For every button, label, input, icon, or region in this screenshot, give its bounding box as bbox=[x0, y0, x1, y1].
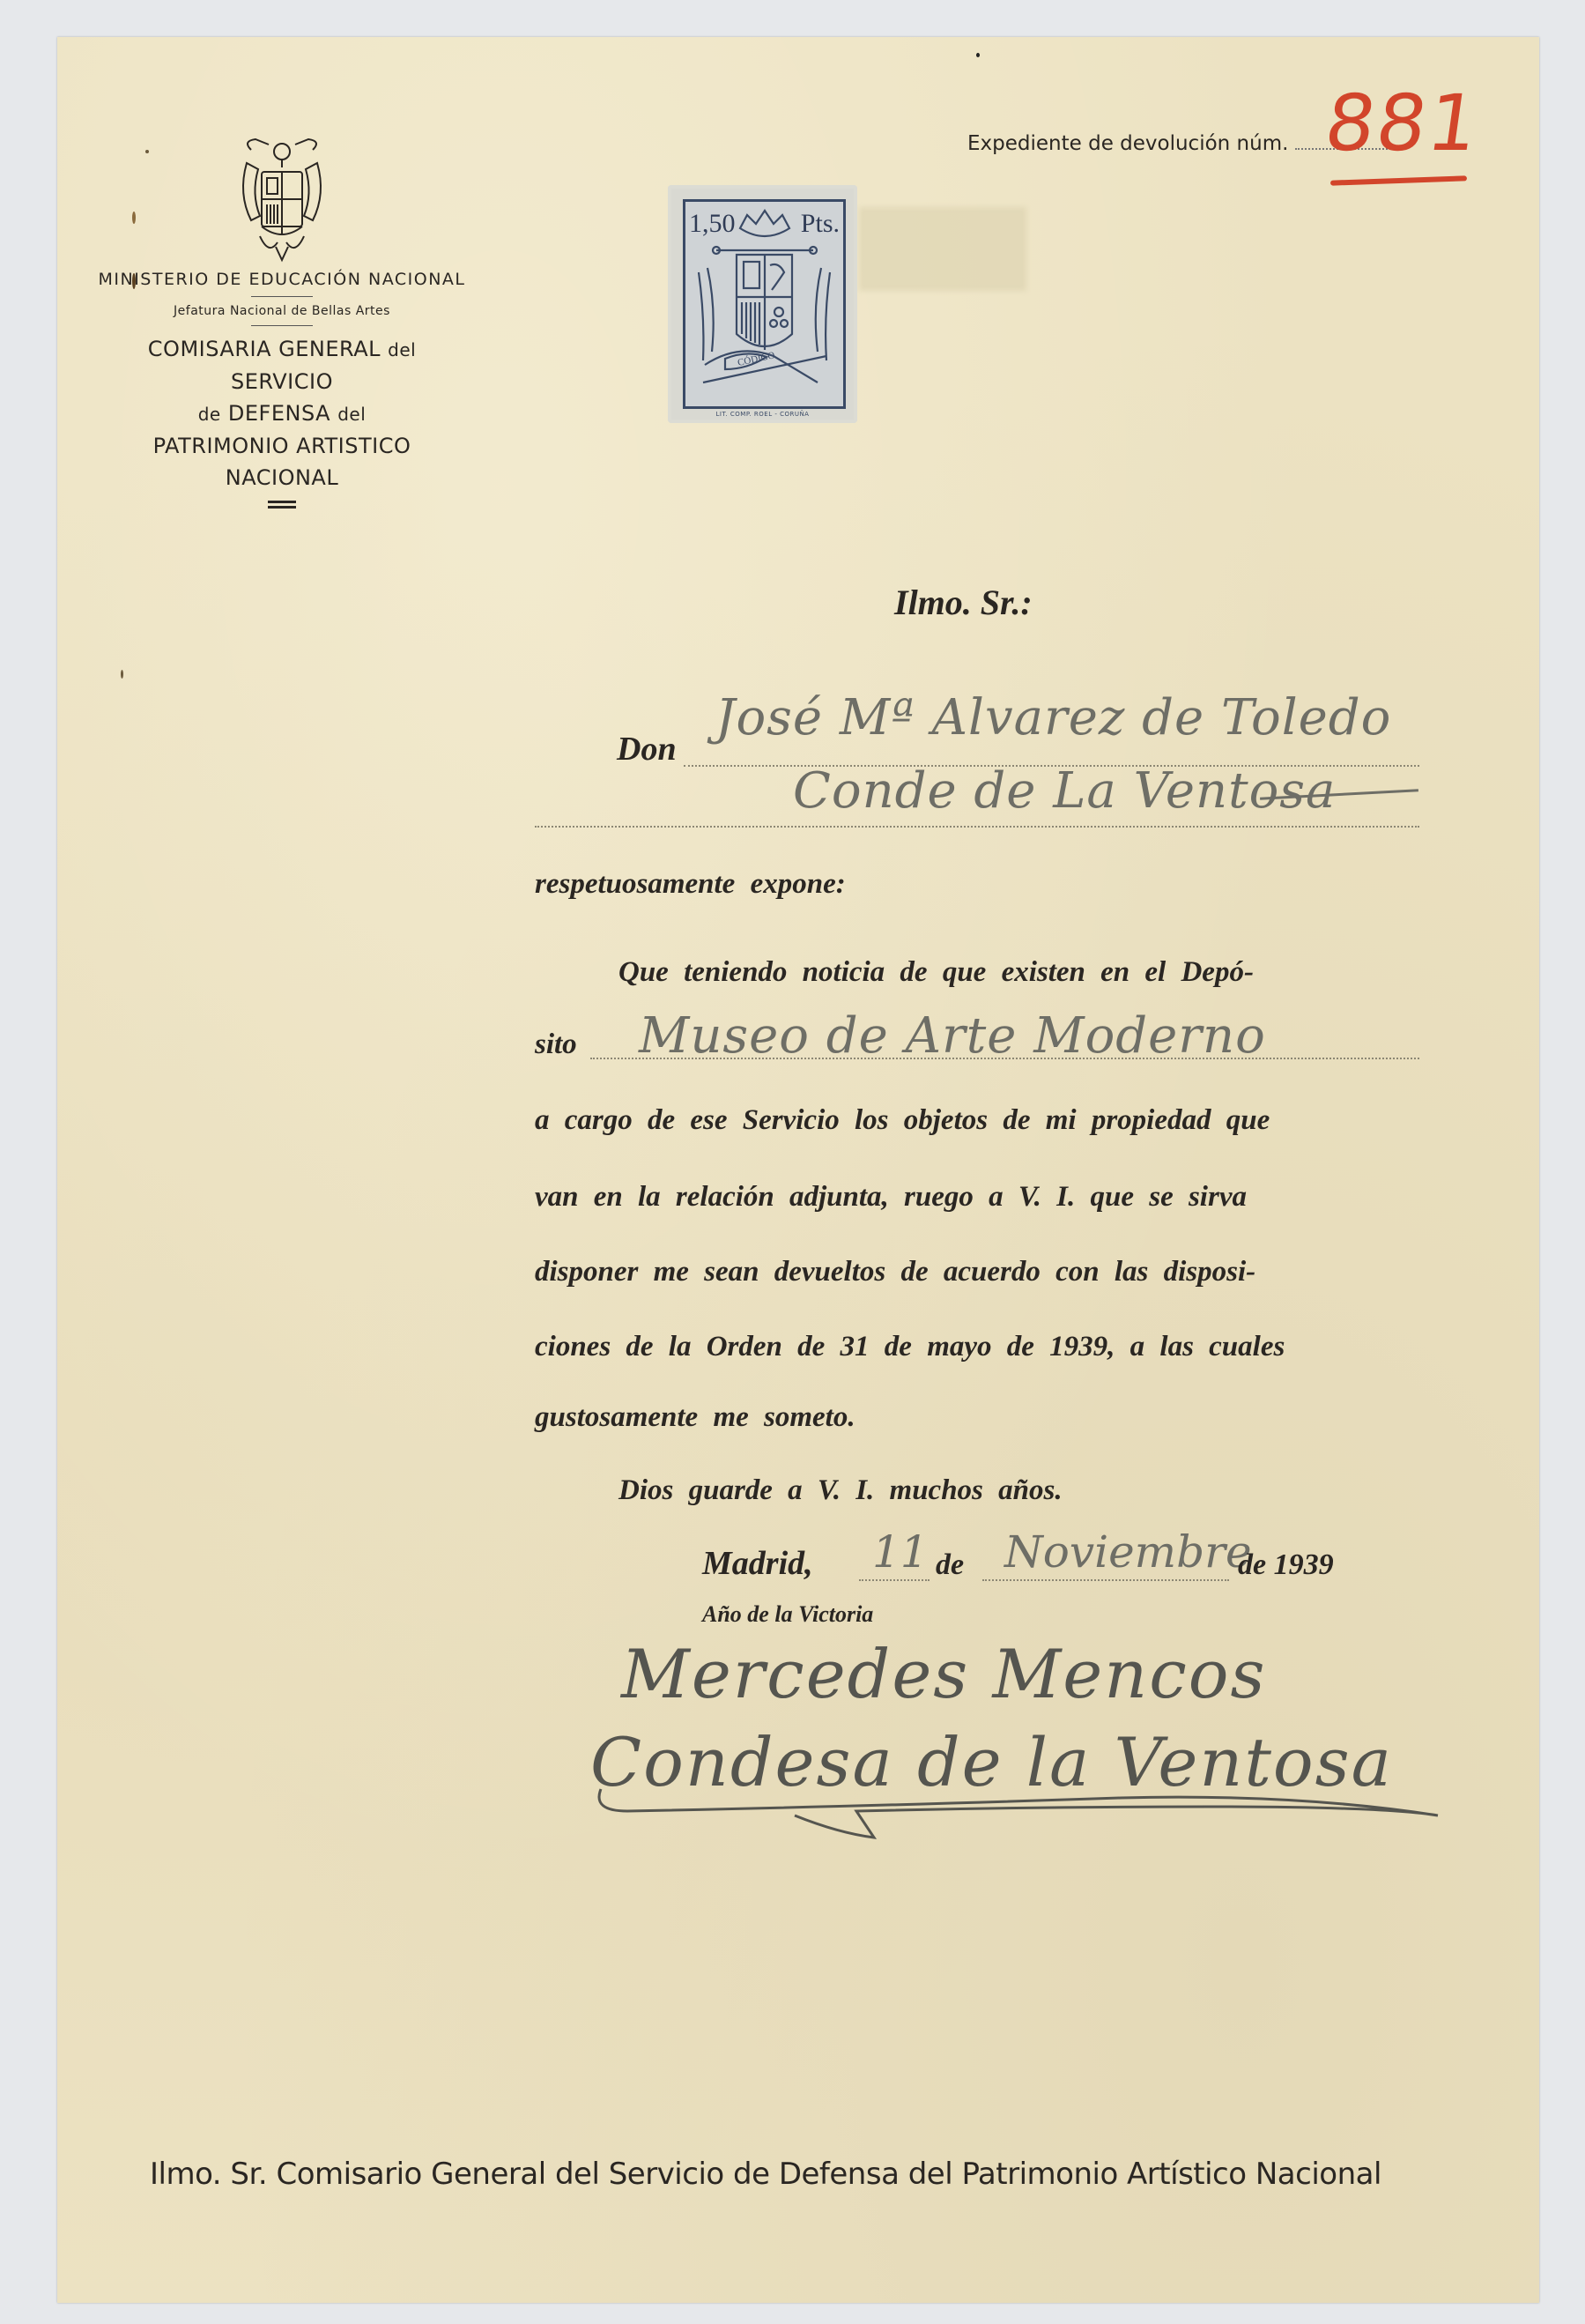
stamp-printer: LIT. COMP. ROEL - CORUÑA bbox=[668, 411, 857, 418]
closing-formula: Dios guarde a V. I. muchos años. bbox=[618, 1474, 1063, 1507]
sito-label: sito bbox=[535, 1028, 577, 1061]
svg-text:CÓDIGO: CÓDIGO bbox=[737, 350, 775, 368]
comisaria-line2-b: DEFENSA bbox=[228, 401, 330, 426]
foxing-mark bbox=[976, 53, 980, 57]
paragraph-line-5: ciones de la Orden de 31 de mayo de 1939… bbox=[535, 1331, 1285, 1363]
date-city: Madrid, bbox=[702, 1544, 813, 1583]
comisaria-line2-a: de bbox=[198, 404, 221, 425]
jefatura-name: Jefatura Nacional de Bellas Artes bbox=[97, 304, 467, 318]
paragraph-line-2: a cargo de ese Servicio los objetos de m… bbox=[535, 1104, 1270, 1137]
divider bbox=[251, 325, 313, 326]
paragraph-line-6: gustosamente me someto. bbox=[535, 1401, 855, 1434]
coat-of-arms-icon bbox=[233, 132, 330, 264]
comisaria-line2-c: del bbox=[337, 404, 366, 425]
handwritten-day: 11 bbox=[872, 1526, 929, 1578]
comisaria-line1-b: del bbox=[388, 339, 416, 360]
don-label: Don bbox=[617, 730, 677, 768]
expediente-number: 881 bbox=[1320, 78, 1485, 168]
month-field-line bbox=[982, 1579, 1229, 1581]
year-motto: Año de la Victoria bbox=[702, 1601, 873, 1628]
comisaria-line1-c: SERVICIO bbox=[231, 369, 333, 394]
divider bbox=[251, 296, 313, 297]
handwritten-name-line2: Conde de La Ventosa bbox=[793, 762, 1336, 820]
stamp-frame: 1,50 Pts. CÓDIGO bbox=[683, 199, 846, 409]
respetuosamente-expone: respetuosamente expone: bbox=[535, 868, 846, 901]
handwritten-deposit: Museo de Arte Moderno bbox=[639, 1007, 1266, 1065]
stamp-ghost-impression bbox=[859, 207, 1026, 291]
stamp-crest-icon: CÓDIGO bbox=[685, 202, 843, 406]
comisaria-line1-a: COMISARIA GENERAL bbox=[148, 337, 381, 361]
paragraph-line-3: van en la relación adjunta, ruego a V. I… bbox=[535, 1181, 1247, 1214]
footer-addressee: Ilmo. Sr. Comisario General del Servicio… bbox=[150, 2157, 1381, 2192]
signature-flourish-icon bbox=[592, 1771, 1464, 1842]
paragraph-line-1: Que teniendo noticia de que existen en e… bbox=[618, 956, 1254, 989]
day-field-line bbox=[859, 1579, 930, 1581]
salutation: Ilmo. Sr.: bbox=[894, 582, 1033, 623]
expediente-label-text: Expediente de devolución núm. bbox=[967, 132, 1288, 155]
ministry-name: MINISTERIO DE EDUCACIÓN NACIONAL bbox=[97, 270, 467, 289]
comisaria-line3: PATRIMONIO ARTISTICO NACIONAL bbox=[97, 430, 467, 494]
revenue-stamp: 1,50 Pts. CÓDIGO LIT. COMP bbox=[668, 185, 857, 423]
signature-line-1: Mercedes Mencos bbox=[621, 1635, 1267, 1713]
foxing-mark bbox=[121, 670, 123, 679]
double-rule bbox=[268, 501, 296, 509]
date-year: de 1939 bbox=[1238, 1548, 1334, 1582]
handwritten-name-line1: José Mª Alvarez de Toledo bbox=[715, 689, 1391, 746]
comisaria-name: COMISARIA GENERAL del SERVICIO de DEFENS… bbox=[97, 333, 467, 494]
name-field-line-2 bbox=[535, 826, 1419, 828]
letterhead: MINISTERIO DE EDUCACIÓN NACIONAL Jefatur… bbox=[97, 132, 467, 509]
date-de: de bbox=[936, 1548, 964, 1582]
handwritten-month: Noviembre bbox=[1004, 1526, 1252, 1578]
paragraph-line-4: disponer me sean devueltos de acuerdo co… bbox=[535, 1256, 1255, 1288]
